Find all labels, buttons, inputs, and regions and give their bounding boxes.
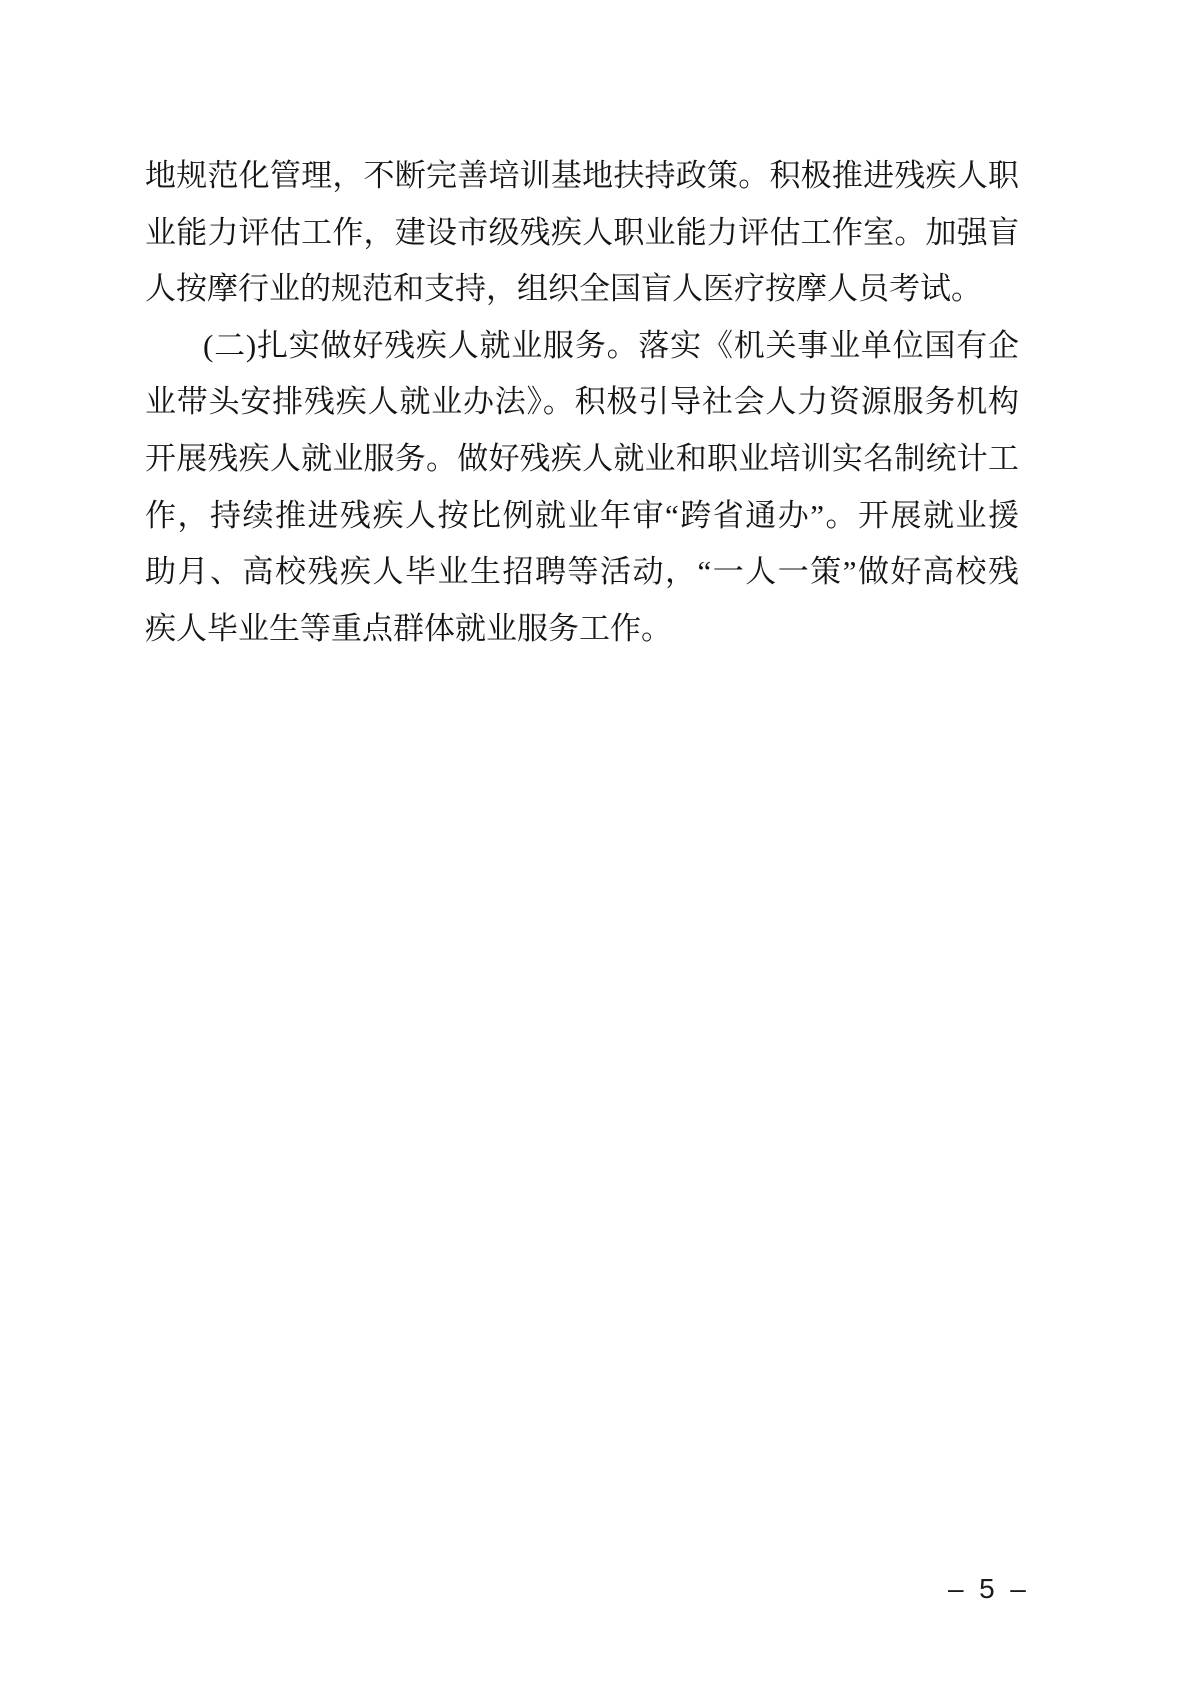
- paragraph-2-line-1: (二)扎实做好残疾人就业服务。落实《机关事业单位国有企: [145, 318, 1019, 375]
- paragraph-2-line-5: 助月、高校残疾人毕业生招聘等活动，“一人一策”做好高校残: [145, 544, 1019, 601]
- page-number: – 5 –: [948, 1572, 1026, 1606]
- paragraph-1-line-2: 业能力评估工作，建设市级残疾人职业能力评估工作室。加强盲: [145, 205, 1019, 262]
- paragraph-2-line-3: 开展残疾人就业服务。做好残疾人就业和职业培训实名制统计工: [145, 431, 1019, 488]
- paragraph-2-line-6: 疾人毕业生等重点群体就业服务工作。: [145, 601, 1019, 658]
- paragraph-2-line-2: 业带头安排残疾人就业办法》。积极引导社会人力资源服务机构: [145, 374, 1019, 431]
- paragraph-2-line-4: 作，持续推进残疾人按比例就业年审“跨省通办”。开展就业援: [145, 488, 1019, 545]
- body-text: 地规范化管理，不断完善培训基地扶持政策。积极推进残疾人职 业能力评估工作，建设市…: [145, 148, 1019, 657]
- document-page: 地规范化管理，不断完善培训基地扶持政策。积极推进残疾人职 业能力评估工作，建设市…: [0, 0, 1190, 1683]
- paragraph-1-line-3: 人按摩行业的规范和支持，组织全国盲人医疗按摩人员考试。: [145, 261, 1019, 318]
- paragraph-1-line-1: 地规范化管理，不断完善培训基地扶持政策。积极推进残疾人职: [145, 148, 1019, 205]
